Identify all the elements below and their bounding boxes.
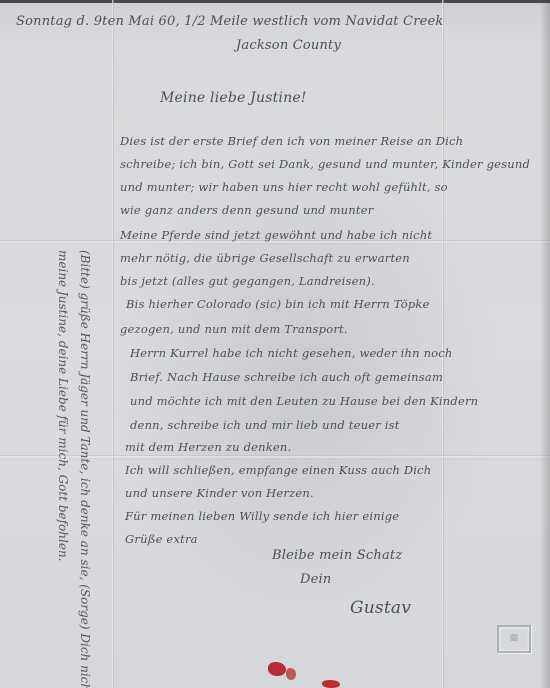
body-line: Ich will schließen, empfange einen Kuss … bbox=[125, 463, 431, 477]
embossed-stamp-icon: ▦ bbox=[497, 625, 531, 653]
body-line: schreibe; ich bin, Gott sei Dank, gesund… bbox=[120, 157, 530, 171]
body-line: Herrn Kurrel habe ich nicht gesehen, wed… bbox=[130, 346, 453, 360]
letter-page: Sonntag d. 9ten Mai 60, 1/2 Meile westli… bbox=[0, 0, 550, 688]
body-line: bis jetzt (alles gut gegangen, Landreise… bbox=[120, 274, 375, 288]
letter-salutation: Meine liebe Justine! bbox=[160, 90, 307, 106]
body-line: mit dem Herzen zu denken. bbox=[125, 440, 291, 454]
body-line: Für meinen lieben Willy sende ich hier e… bbox=[125, 509, 399, 523]
body-line: und munter; wir haben uns hier recht woh… bbox=[120, 180, 448, 194]
body-line: und möchte ich mit den Leuten zu Hause b… bbox=[130, 394, 478, 408]
closing-line: Bleibe mein Schatz bbox=[272, 548, 402, 563]
margin-note-line: (Bitte) grüße Herrn Jäger und Tante, ich… bbox=[74, 250, 96, 680]
body-line: denn, schreibe ich und mir lieb und teue… bbox=[130, 418, 400, 432]
body-line: Brief. Nach Hause schreibe ich auch oft … bbox=[130, 370, 443, 384]
fold-line-vertical-right bbox=[442, 0, 444, 688]
page-edge-shadow bbox=[540, 0, 550, 688]
margin-note-line: meine Justine, deine Liebe für mich, Got… bbox=[52, 250, 74, 680]
fold-line-vertical-left bbox=[112, 0, 114, 688]
body-line: gezogen, und nun mit dem Transport. bbox=[120, 322, 348, 336]
body-line: wie ganz anders denn gesund und munter bbox=[120, 203, 373, 217]
letter-county-line: Jackson County bbox=[236, 38, 341, 53]
closing-dein: Dein bbox=[300, 572, 331, 587]
wax-seal-fragment bbox=[268, 662, 286, 676]
body-line: Grüße extra bbox=[125, 532, 198, 546]
wax-seal-fragment bbox=[286, 668, 296, 680]
wax-seal-fragment bbox=[322, 680, 340, 688]
body-line: mehr nötig, die übrige Gesellschaft zu e… bbox=[120, 251, 410, 265]
body-line: Dies ist der erste Brief den ich von mei… bbox=[120, 134, 463, 148]
signature: Gustav bbox=[350, 598, 411, 618]
letter-date-place-line: Sonntag d. 9ten Mai 60, 1/2 Meile westli… bbox=[16, 14, 443, 29]
body-line: Bis hierher Colorado (sic) bin ich mit H… bbox=[126, 297, 430, 311]
body-line: und unsere Kinder von Herzen. bbox=[125, 486, 314, 500]
margin-note: (Bitte) grüße Herrn Jäger und Tante, ich… bbox=[52, 250, 96, 680]
body-line: Meine Pferde sind jetzt gewöhnt und habe… bbox=[120, 228, 432, 242]
